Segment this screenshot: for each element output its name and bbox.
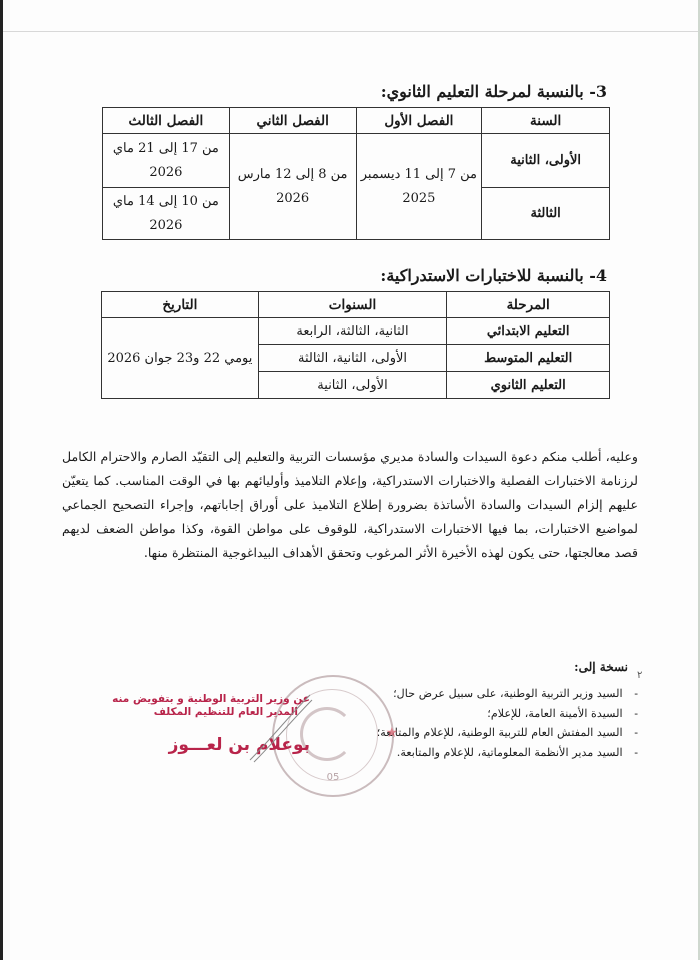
header-stage: المرحلة (447, 292, 610, 318)
copy-to-item: السيد وزير التربية الوطنية، على سبيل عرض… (368, 684, 638, 704)
section3-title: 3- بالنسبة لمرحلة التعليم الثانوي: (381, 82, 607, 101)
section4-title: 4- بالنسبة للاختبارات الاستدراكية: (380, 266, 607, 285)
years-cell: الثانية، الثالثة، الرابعة (258, 318, 447, 345)
term3-date: من 17 إلى 21 ماي 2026 (103, 134, 230, 188)
stage-cell: التعليم الابتدائي (447, 318, 610, 345)
term1-date: من 7 إلى 11 ديسمبر 2025 (356, 134, 482, 240)
page-mark: ٢ (637, 670, 642, 681)
year-cell: الأولى، الثانية (482, 134, 610, 188)
copy-to-item: السيدة الأمينة العامة، للإعلام؛ (368, 704, 638, 724)
stage-cell: التعليم المتوسط (447, 345, 610, 372)
makeup-date: يومي 22 و23 جوان 2026 (102, 318, 259, 399)
term3-date: من 10 إلى 14 ماي 2026 (103, 188, 230, 240)
term2-date: من 8 إلى 12 مارس 2026 (229, 134, 356, 240)
years-cell: الأولى، الثانية، الثالثة (258, 345, 447, 372)
header-term3: الفصل الثالث (103, 108, 230, 134)
header-years: السنوات (258, 292, 447, 318)
years-cell: الأولى، الثانية (258, 372, 447, 399)
header-year: السنة (482, 108, 610, 134)
instructions-paragraph: وعليه، أطلب منكم دعوة السيدات والسادة مد… (62, 445, 638, 565)
year-cell: الثالثة (482, 188, 610, 240)
stamp-number: 05 (274, 772, 392, 783)
copy-to-item: السيد المفتش العام للتربية الوطنية، للإع… (368, 723, 638, 743)
copy-to-list: السيد وزير التربية الوطنية، على سبيل عرض… (368, 684, 638, 762)
star-icon: ★ (385, 725, 398, 741)
handwritten-signature-icon (240, 690, 320, 770)
header-term1: الفصل الأول (356, 108, 482, 134)
top-divider (3, 31, 698, 32)
stage-cell: التعليم الثانوي (447, 372, 610, 399)
header-term2: الفصل الثاني (229, 108, 356, 134)
secondary-exam-schedule-table: السنة الفصل الأول الفصل الثاني الفصل الث… (102, 107, 610, 240)
copy-to-item: السيد مدير الأنظمة المعلوماتية، للإعلام … (368, 743, 638, 763)
header-date: التاريخ (102, 292, 259, 318)
copy-to-title: نسخة إلى: (574, 660, 628, 674)
makeup-exam-schedule-table: المرحلة السنوات التاريخ التعليم الابتدائ… (101, 291, 610, 399)
page-left-border (0, 0, 3, 960)
